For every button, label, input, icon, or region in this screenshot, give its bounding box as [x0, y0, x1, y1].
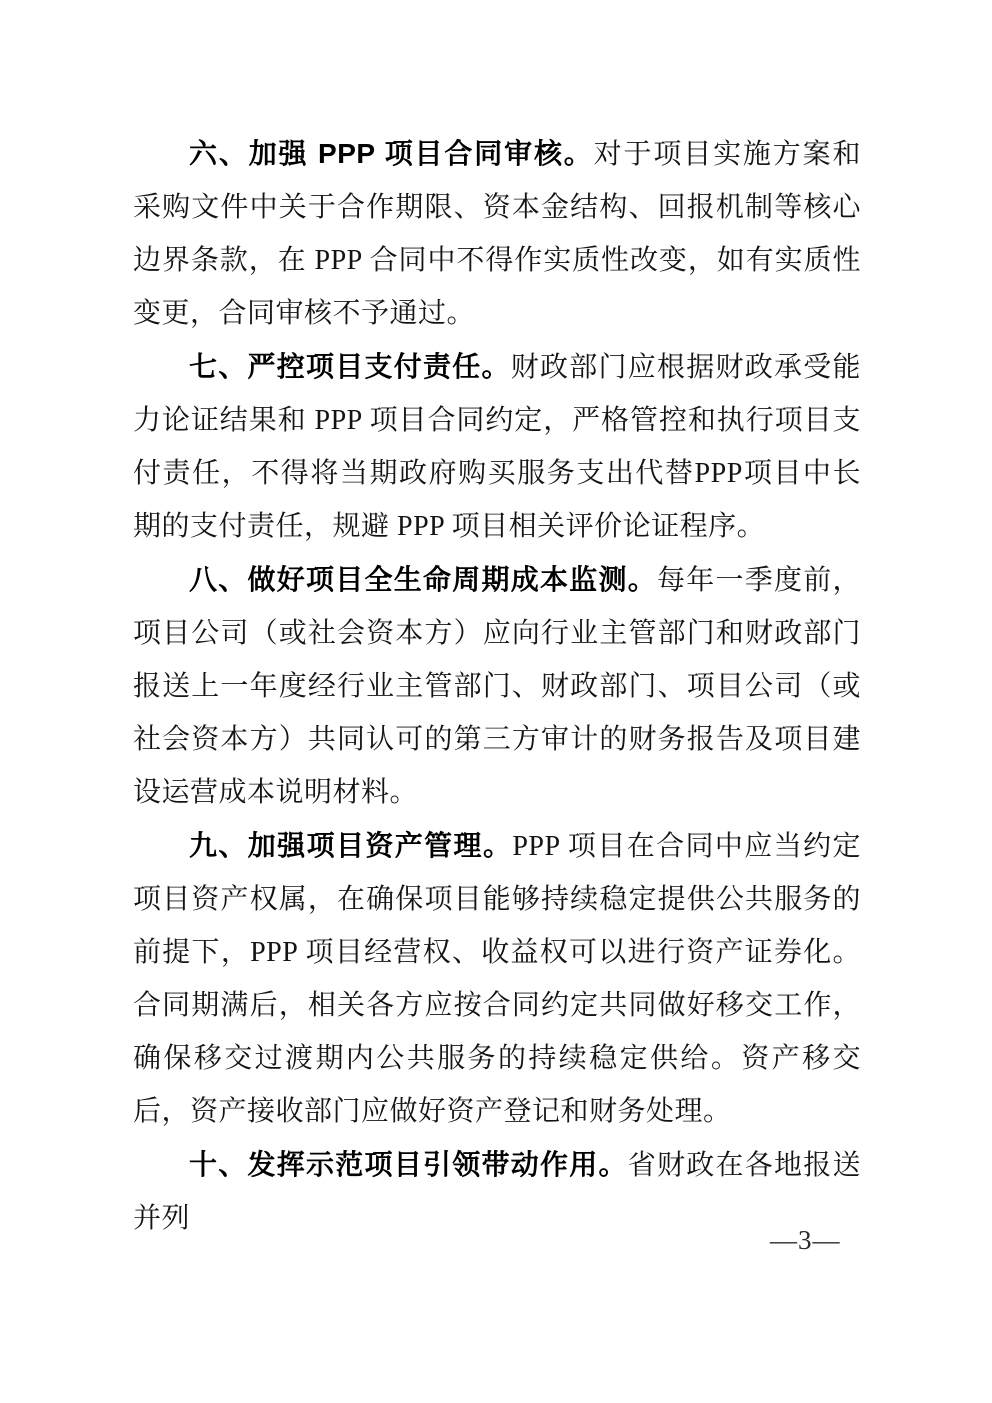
document-page: 六、加强 PPP 项目合同审核。对于项目实施方案和采购文件中关于合作期限、资本金… [0, 0, 992, 1403]
paragraph-section-6: 六、加强 PPP 项目合同审核。对于项目实施方案和采购文件中关于合作期限、资本金… [133, 127, 861, 340]
paragraph-section-9: 九、加强项目资产管理。PPP 项目在合同中应当约定项目资产权属，在确保项目能够持… [133, 819, 861, 1138]
section-8-body: 每年一季度前，项目公司（或社会资本方）应向行业主管部门和财政部门报送上一年度经行… [133, 565, 861, 808]
paragraph-section-10: 十、发挥示范项目引领带动作用。省财政在各地报送并列 [133, 1138, 861, 1245]
section-6-heading: 六、加强 PPP 项目合同审核。 [189, 138, 594, 169]
section-9-heading: 九、加强项目资产管理。 [189, 830, 512, 861]
section-8-heading: 八、做好项目全生命周期成本监测。 [189, 564, 657, 595]
section-7-heading: 七、严控项目支付责任。 [189, 351, 511, 382]
page-number: —3— [770, 1224, 841, 1256]
section-9-body: PPP 项目在合同中应当约定项目资产权属，在确保项目能够持续稳定提供公共服务的前… [133, 831, 861, 1127]
paragraph-section-8: 八、做好项目全生命周期成本监测。每年一季度前，项目公司（或社会资本方）应向行业主… [133, 553, 861, 819]
paragraph-section-7: 七、严控项目支付责任。财政部门应根据财政承受能力论证结果和 PPP 项目合同约定… [133, 340, 861, 553]
section-10-heading: 十、发挥示范项目引领带动作用。 [189, 1149, 628, 1180]
document-body: 六、加强 PPP 项目合同审核。对于项目实施方案和采购文件中关于合作期限、资本金… [133, 127, 861, 1245]
